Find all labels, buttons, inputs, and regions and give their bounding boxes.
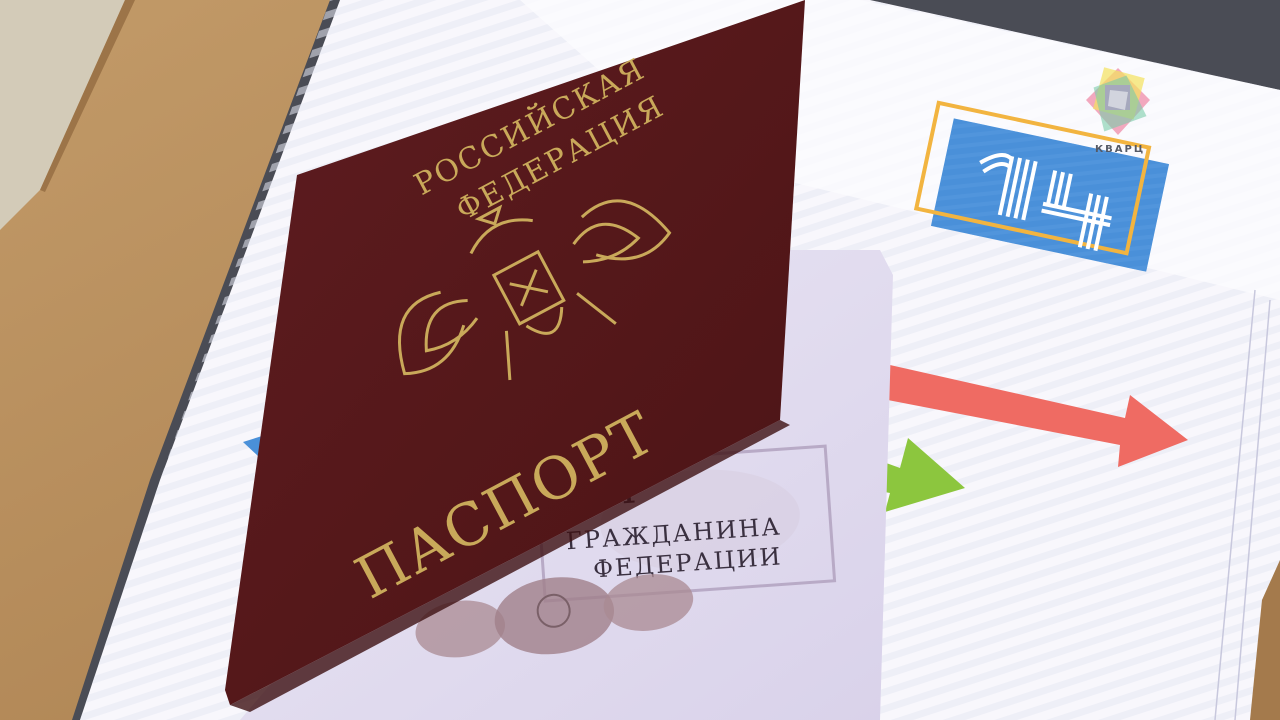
watermark-label: КВАРЦ	[1095, 144, 1145, 155]
photo-scene: Т ГРАЖДАНИНА ФЕДЕРАЦИИ РОССИЙСКАЯ ФЕДЕРА…	[0, 0, 1280, 720]
